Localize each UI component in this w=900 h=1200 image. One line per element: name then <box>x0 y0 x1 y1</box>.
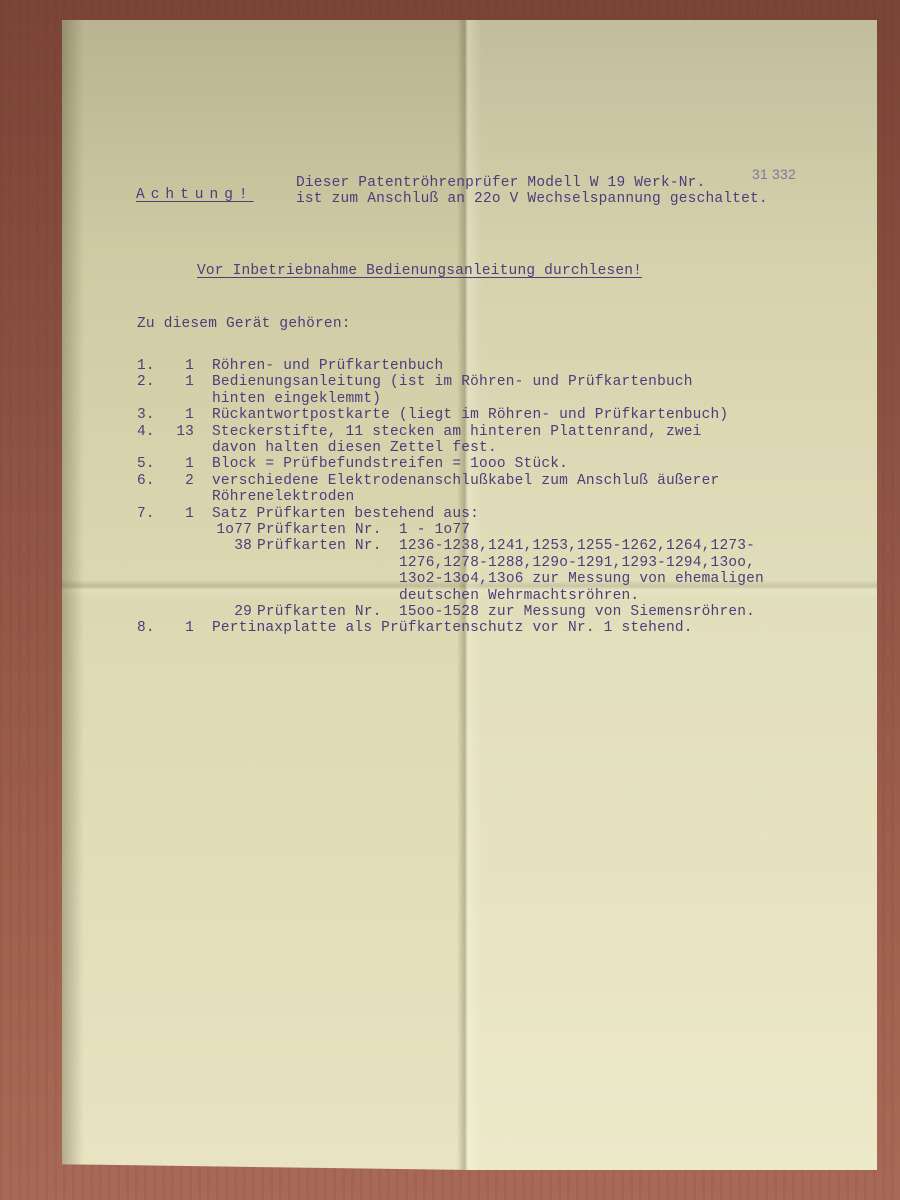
item-quantity: 1 <box>160 407 194 423</box>
item-quantity: 2 <box>160 473 194 489</box>
item-quantity: 1 <box>160 620 194 636</box>
item-description: Röhren- und Prüfkartenbuch <box>212 358 443 374</box>
warning-label: Achtung! <box>136 187 254 203</box>
sub-item-label: Prüfkarten Nr. <box>257 522 382 538</box>
item-description: Satz Prüfkarten bestehend aus: <box>212 506 479 522</box>
item-description: Pertinaxplatte als Prüfkartenschutz vor … <box>212 620 693 636</box>
item-quantity: 13 <box>160 424 194 440</box>
item-quantity: 1 <box>160 506 194 522</box>
item-quantity: 1 <box>160 456 194 472</box>
item-quantity: 1 <box>160 374 194 390</box>
item-description: verschiedene Elektrodenanschlußkabel zum… <box>212 473 719 489</box>
sub-item-numbers: 13o2-13o4,13o6 zur Messung von ehemalige… <box>399 571 764 587</box>
item-number: 6. <box>137 473 155 489</box>
list-intro: Zu diesem Gerät gehören: <box>137 316 351 332</box>
sub-item-quantity: 29 <box>170 604 252 620</box>
item-number: 8. <box>137 620 155 636</box>
item-description: Rückantwortpostkarte (liegt im Röhren- u… <box>212 407 728 423</box>
item-description: davon halten diesen Zettel fest. <box>212 440 497 456</box>
sub-item-numbers: 1236-1238,1241,1253,1255-1262,1264,1273- <box>399 538 755 554</box>
sub-item-numbers: 15oo-1528 zur Messung von Siemensröhren. <box>399 604 755 620</box>
sub-item-quantity: 1o77 <box>170 522 252 538</box>
item-description: hinten eingeklemmt) <box>212 391 381 407</box>
item-description: Block = Prüfbefundstreifen = 1ooo Stück. <box>212 456 568 472</box>
sub-item-numbers: 1 - 1o77 <box>399 522 470 538</box>
item-description: Bedienungsanleitung (ist im Röhren- und … <box>212 374 693 390</box>
item-number: 4. <box>137 424 155 440</box>
item-number: 3. <box>137 407 155 423</box>
item-quantity: 1 <box>160 358 194 374</box>
sub-item-numbers: deutschen Wehrmachtsröhren. <box>399 588 639 604</box>
item-description: Steckerstifte, 11 stecken am hinteren Pl… <box>212 424 702 440</box>
item-description: Röhrenelektroden <box>212 489 354 505</box>
item-number: 5. <box>137 456 155 472</box>
warning-line-2: ist zum Anschluß an 22o V Wechselspannun… <box>296 191 768 207</box>
sub-item-label: Prüfkarten Nr. <box>257 604 382 620</box>
item-number: 7. <box>137 506 155 522</box>
warning-line-1: Dieser Patentröhrenprüfer Modell W 19 We… <box>296 175 705 191</box>
instruction-heading: Vor Inbetriebnahme Bedienungsanleitung d… <box>197 263 642 279</box>
sub-item-quantity: 38 <box>170 538 252 554</box>
sub-item-numbers: 1276,1278-1288,129o-1291,1293-1294,13oo, <box>399 555 755 571</box>
item-number: 2. <box>137 374 155 390</box>
typed-sheet: Achtung! Dieser Patentröhrenprüfer Model… <box>62 20 877 1170</box>
item-number: 1. <box>137 358 155 374</box>
serial-number: 31 332 <box>752 166 796 182</box>
sub-item-label: Prüfkarten Nr. <box>257 538 382 554</box>
